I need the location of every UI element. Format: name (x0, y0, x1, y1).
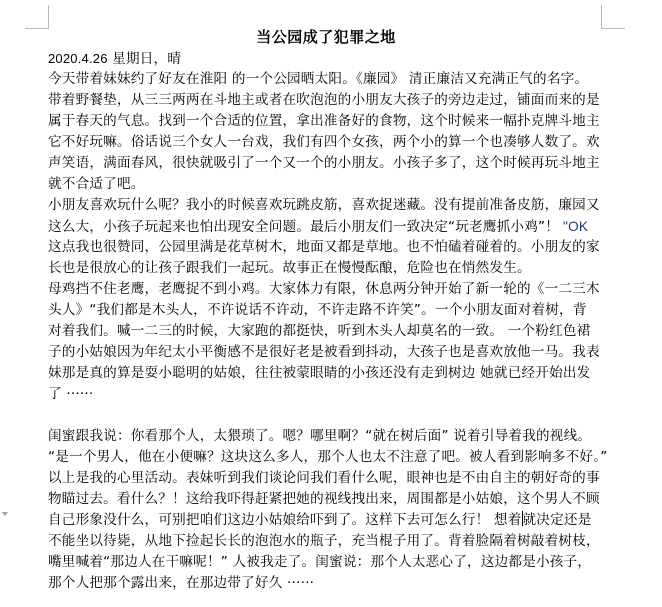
text-line: 那个人把那个露出来，在那边带了好久 ······ (48, 573, 604, 594)
document-title: 当公园成了犯罪之地 (48, 26, 604, 48)
blank-line (48, 405, 604, 426)
text-line: 母鸡挡不住老鹰，老鹰捉不到小鸡。大家体力有限，休息两分钟开始了新一轮的《一二三木 (48, 279, 604, 300)
text-line: 物瞄过去。看什么？！这给我吓得赶紧把她的视线拽出来，周围都是小姑娘，这个男人不顾 (48, 489, 604, 510)
text-line: 妹那是真的算是耍小聪明的姑娘，往往被蒙眼睛的小孩还没有走到树边 她就已经开始出发 (48, 363, 604, 384)
text-line: 了 ······ (48, 384, 604, 405)
text-segment: 就决定还是 (523, 512, 592, 528)
text-line: 以上是我的心里活动。表妹听到我们谈论问我们看什么呢，眼神也是不由自主的朝好奇的事 (48, 468, 604, 489)
text-line: 这么大，小孩子玩起来也怕出现安全问题。最后小朋友们一致决定“玩老鹰抓小鸡”！ "… (48, 216, 604, 237)
collapse-arrow-icon[interactable] (2, 512, 8, 516)
text-line: 就不合适了吧。 (48, 174, 604, 195)
text-line: 这点我也很赞同，公园里满是花草树木，地面又都是草地。也不怕磕着碰着的。小朋友的家 (48, 237, 604, 258)
text-line: 声笑语，满面春风，很快就吸引了一个又一个的小朋友。小孩子多了，这个时候再玩斗地主 (48, 153, 604, 174)
date-weekday-weather: 星期日，晴 (108, 51, 182, 67)
document-page[interactable]: 当公园成了犯罪之地 2020.4.26 星期日，晴 今天带着妹妹约了好友在淮阳 … (48, 26, 604, 594)
text-segment: 这么大，小孩子玩起来也怕出现安全问题。最后小朋友们一致决定“玩老鹰抓小鸡”！ (48, 219, 559, 235)
date-line: 2020.4.26 星期日，晴 (48, 48, 604, 69)
text-line: 嘴里喊着“那边人在干嘛呢！” 人被我走了。闺蜜说：那个人太恶心了，这边都是小孩子… (48, 552, 604, 573)
text-line: 闺蜜跟我说：你看那个人，太猥琐了。嗯？哪里啊？“就在树后面” 说着引导着我的视线… (48, 426, 604, 447)
text-line: 属于春天的气息。找到一个合适的位置，拿出准备好的食物，这个时候来一幅扑克牌斗地主 (48, 111, 604, 132)
text-line: 它不好玩嘛。俗话说三个女人一台戏，我们有四个女孩，两个小的算一个也凑够人数了。欢 (48, 132, 604, 153)
page-corner-mark-right (601, 5, 625, 29)
text-line: 长也是很放心的让孩子跟我们一起玩。故事正在慢慢酝酿，危险也在悄然发生。 (48, 258, 604, 279)
text-line: 头人》“我们都是木头人，不许说话不许动，不许走路不许笑”。一个小朋友面对着树，背 (48, 300, 604, 321)
text-line: 今天带着妹妹约了好友在淮阳 的一个公园晒太阳。《廉园》 清正廉洁又充满正气的名字… (48, 69, 604, 90)
date-value: 2020.4.26 (48, 51, 108, 66)
text-line: 对着我们。喊一二三的时候，大家跑的都挺快，听到木头人却莫名的一致。 一个粉红色裙 (48, 321, 604, 342)
text-segment: 自己形象没什么，可别把咱们这边小姑娘给吓到了。这样下去可怎么行！ 想着 (48, 512, 522, 528)
text-line: 带着野餐垫，从三三两两在斗地主或者在吹泡泡的小朋友大孩子的旁边走过，铺面而来的是 (48, 90, 604, 111)
text-line: 自己形象没什么，可别把咱们这边小姑娘给吓到了。这样下去可怎么行！ 想着就决定还是 (48, 510, 604, 531)
text-line: 子的小姑娘因为年纪太小平衡感不是很好老是被看到抖动，大孩子也是喜欢放他一马。我表 (48, 342, 604, 363)
text-line: 小朋友喜欢玩什么呢？我小的时候喜欢玩跳皮筋，喜欢捉迷藏。没有提前准备皮筋，廉园又 (48, 195, 604, 216)
text-line: 不能坐以待毙，从地下捡起长长的泡泡水的瓶子，充当棍子用了。背着脸隔着树敲着树枝， (48, 531, 604, 552)
text-line: “是一个男人，他在小便嘛？这块这么多人，那个人也太不注意了吧。被人看到影响多不好… (48, 447, 604, 468)
ok-text: "OK (559, 219, 588, 234)
page-corner-mark-left (25, 5, 49, 29)
